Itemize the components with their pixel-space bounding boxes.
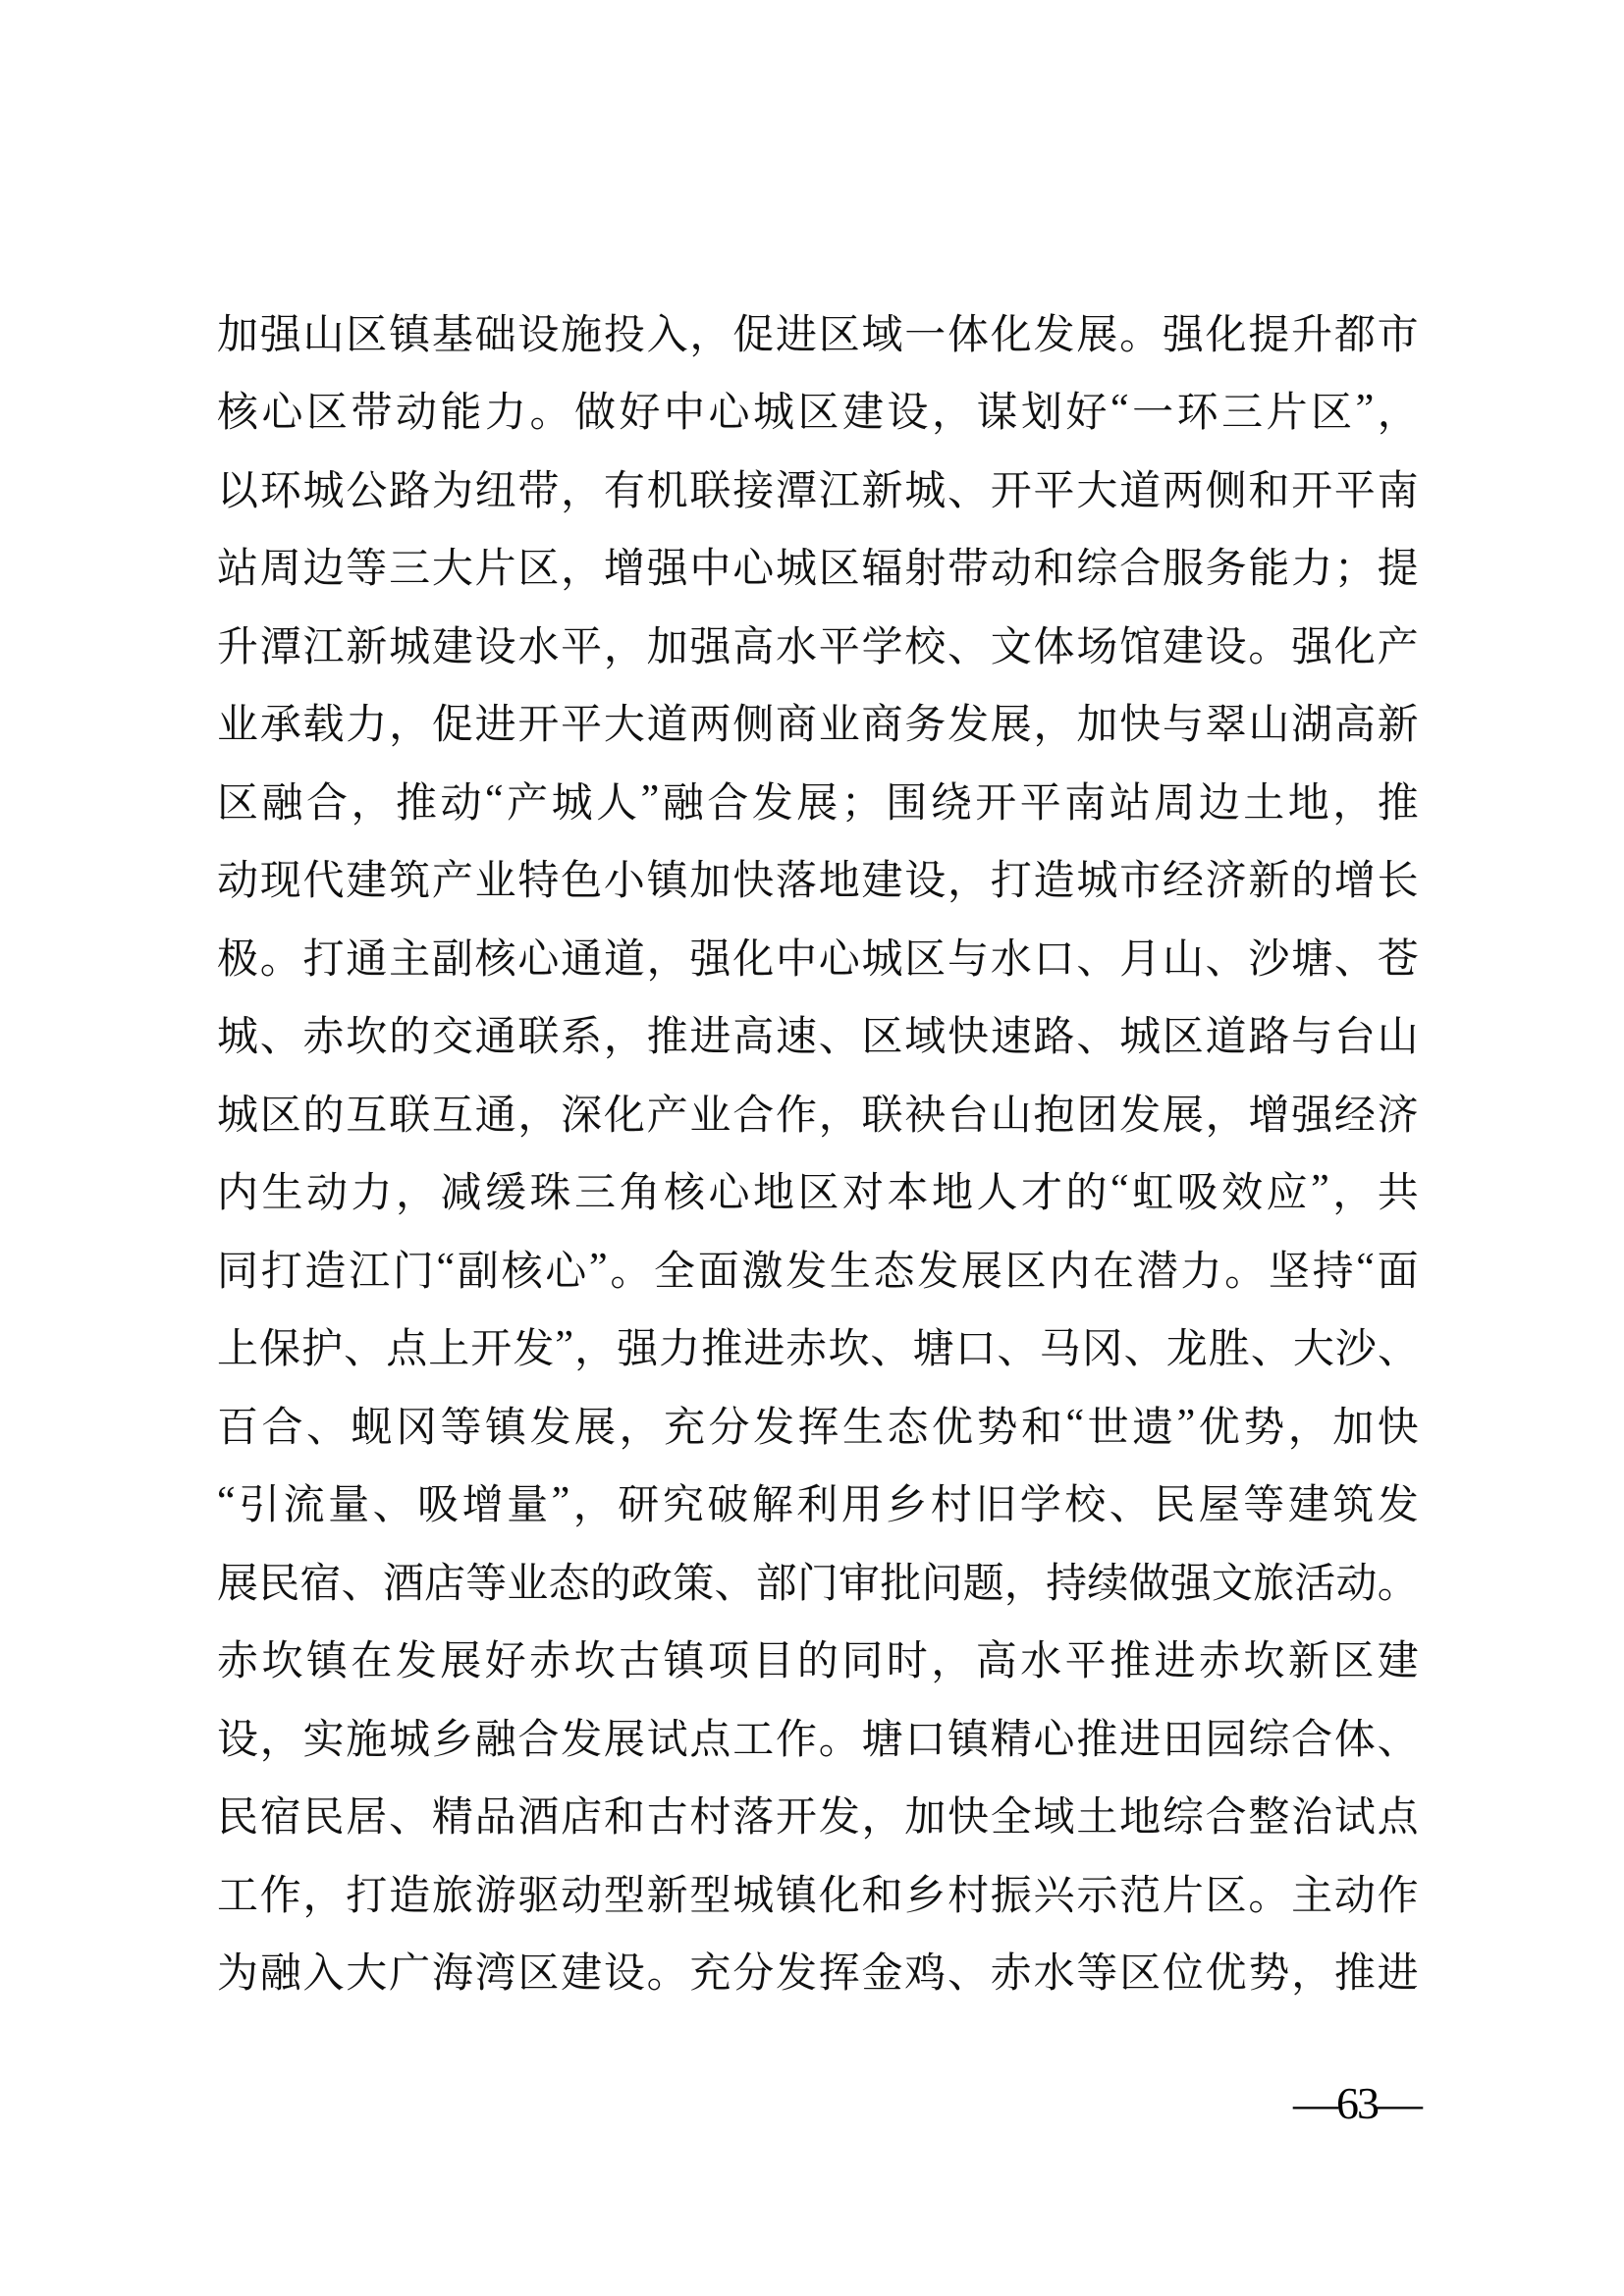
text-line: 区融合，推动“产城人”融合发展；围绕开平南站周边土地，推 <box>217 761 1419 839</box>
text-line: 动现代建筑产业特色小镇加快落地建设，打造城市经济新的增长 <box>217 839 1419 918</box>
text-line: 设，实施城乡融合发展试点工作。塘口镇精心推进田园综合体、 <box>217 1697 1419 1776</box>
text-line: 城、赤坎的交通联系，推进高速、区域快速路、城区道路与台山 <box>217 995 1419 1074</box>
text-line: 升潭江新城建设水平，加强高水平学校、文体场馆建设。强化产 <box>217 605 1419 683</box>
text-line: 为融入大广海湾区建设。充分发挥金鸡、赤水等区位优势，推进 <box>217 1932 1419 2010</box>
text-line: 核心区带动能力。做好中心城区建设，谋划好“一环三片区”， <box>217 371 1419 450</box>
text-line: 业承载力，促进开平大道两侧商业商务发展，加快与翠山湖高新 <box>217 683 1419 762</box>
text-line: 展民宿、酒店等业态的政策、部门审批问题，持续做强文旅活动。 <box>217 1541 1419 1620</box>
text-line: 加强山区镇基础设施投入，促进区域一体化发展。强化提升都市 <box>217 293 1419 371</box>
text-line: “引流量、吸增量”，研究破解利用乡村旧学校、民屋等建筑发 <box>217 1464 1419 1542</box>
text-line: 极。打通主副核心通道，强化中心城区与水口、月山、沙塘、苍 <box>217 917 1419 995</box>
page-number: —63— <box>1293 2077 1421 2129</box>
text-line: 赤坎镇在发展好赤坎古镇项目的同时，高水平推进赤坎新区建 <box>217 1620 1419 1698</box>
text-line: 站周边等三大片区，增强中心城区辐射带动和综合服务能力；提 <box>217 527 1419 606</box>
text-line: 同打造江门“副核心”。全面激发生态发展区内在潜力。坚持“面 <box>217 1229 1419 1308</box>
text-line: 百合、蚬冈等镇发展，充分发挥生态优势和“世遗”优势，加快 <box>217 1385 1419 1464</box>
body-text: 加强山区镇基础设施投入，促进区域一体化发展。强化提升都市 核心区带动能力。做好中… <box>217 293 1419 2009</box>
document-page: 加强山区镇基础设施投入，促进区域一体化发展。强化提升都市 核心区带动能力。做好中… <box>0 0 1624 2296</box>
text-line: 工作，打造旅游驱动型新型城镇化和乡村振兴示范片区。主动作 <box>217 1853 1419 1932</box>
text-line: 城区的互联互通，深化产业合作，联袂台山抱团发展，增强经济 <box>217 1073 1419 1151</box>
text-line: 以环城公路为纽带，有机联接潭江新城、开平大道两侧和开平南 <box>217 449 1419 527</box>
text-line: 上保护、点上开发”，强力推进赤坎、塘口、马冈、龙胜、大沙、 <box>217 1308 1419 1386</box>
text-line: 民宿民居、精品酒店和古村落开发，加快全域土地综合整治试点 <box>217 1776 1419 1854</box>
text-line: 内生动力，减缓珠三角核心地区对本地人才的“虹吸效应”，共 <box>217 1151 1419 1230</box>
